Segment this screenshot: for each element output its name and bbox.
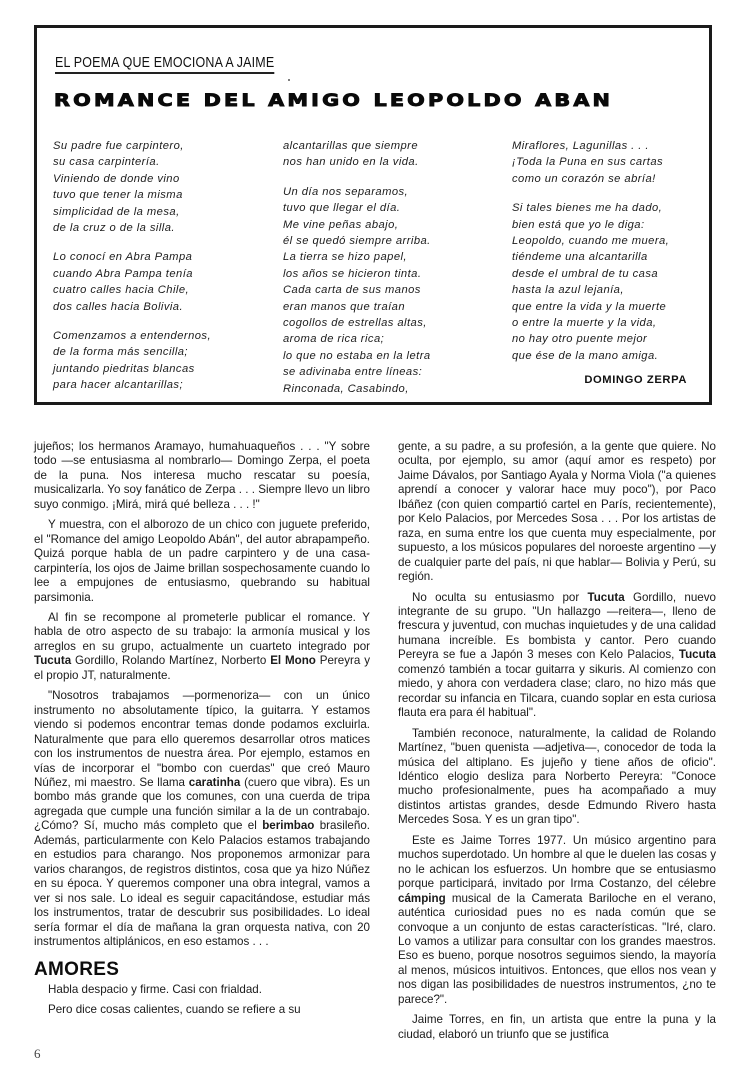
text-run: No oculta su entusiasmo por <box>412 591 588 604</box>
article-paragraph: No oculta su entusiasmo por Tucuta Gordi… <box>398 591 716 721</box>
text-run: "Nosotros trabajamos —pormenoriza— con u… <box>34 689 370 789</box>
poem-line: Comenzamos a entendernos, <box>53 328 268 344</box>
print-speck <box>288 79 290 81</box>
poem-line: los años se hicieron tinta. <box>283 266 498 282</box>
poem-line: para hacer alcantarillas; <box>53 377 268 393</box>
poem-line: que ése de la mano amiga. <box>512 348 727 364</box>
poem-line: su casa carpintería. <box>53 154 268 170</box>
text-run: musical de la Camerata Bariloche en el v… <box>398 892 716 1006</box>
poem-box: EL POEMA QUE EMOCIONA A JAIME ROMANCE DE… <box>34 25 712 405</box>
poem-line: Su padre fue carpintero, <box>53 138 268 154</box>
poem-line: alcantarillas que siempre <box>283 138 498 154</box>
left-column-paragraphs: jujeños; los hermanos Aramayo, humahuaqu… <box>34 440 370 949</box>
poem-stanza: Lo conocí en Abra Pampacuando Abra Pampa… <box>53 249 268 315</box>
article-paragraph: Jaime Torres, en fin, un artista que ent… <box>398 1013 716 1042</box>
poem-stanza: Miraflores, Lagunillas . . .¡Toda la Pun… <box>512 138 727 187</box>
poem-line: cuando Abra Pampa tenía <box>53 266 268 282</box>
poem-line: Miraflores, Lagunillas . . . <box>512 138 727 154</box>
poem-line: Cada carta de sus manos <box>283 282 498 298</box>
text-run: Al fin se recompone al prometerle public… <box>34 611 370 653</box>
poem-stanza: Si tales bienes me ha dado,bien está que… <box>512 200 727 364</box>
text-run: brasileño. Además, particularmente con K… <box>34 819 370 948</box>
bold-term: Tucuta <box>679 648 716 661</box>
poem-author: DOMINGO ZERPA <box>584 374 687 386</box>
poem-stanza: Su padre fue carpintero,su casa carpinte… <box>53 138 268 236</box>
poem-line: Viniendo de donde vino <box>53 171 268 187</box>
bold-term: Tucuta <box>34 654 71 667</box>
poem-line: Si tales bienes me ha dado, <box>512 200 727 216</box>
poem-line: juntando piedritas blancas <box>53 361 268 377</box>
poem-stanza: Un día nos separamos,tuvo que llegar el … <box>283 184 498 397</box>
text-run: Este es Jaime Torres 1977. Un músico arg… <box>398 834 716 890</box>
poem-line: dos calles hacia Bolivia. <box>53 299 268 315</box>
poem-line: como un corazón se abría! <box>512 171 727 187</box>
right-column-paragraphs: gente, a su padre, a su profesión, a la … <box>398 440 716 1042</box>
poem-line: que entre la vida y la muerte <box>512 299 727 315</box>
article-right-column: gente, a su padre, a su profesión, a la … <box>398 440 716 1048</box>
poem-column-2: alcantarillas que siemprenos han unido e… <box>283 138 498 410</box>
bold-term: El Mono <box>270 654 316 667</box>
poem-column-1: Su padre fue carpintero,su casa carpinte… <box>53 138 268 407</box>
article-paragraph: Pero dice cosas calientes, cuando se ref… <box>34 1003 370 1017</box>
text-run: Pero dice cosas calientes, cuando se ref… <box>48 1003 301 1016</box>
poem-line: lo que no estaba en la letra <box>283 348 498 364</box>
poem-line: de la cruz o de la silla. <box>53 220 268 236</box>
bold-term: caratinha <box>189 776 241 789</box>
poem-line: bien está que yo le diga: <box>512 217 727 233</box>
poem-line: Me vine peñas abajo, <box>283 217 498 233</box>
article-paragraph: "Nosotros trabajamos —pormenoriza— con u… <box>34 689 370 949</box>
poem-line: aroma de rica rica; <box>283 331 498 347</box>
text-run: Gordillo, Rolando Martínez, Norberto <box>71 654 270 667</box>
article-paragraph: gente, a su padre, a su profesión, a la … <box>398 440 716 585</box>
text-run: Habla despacio y firme. Casi con frialda… <box>48 983 262 996</box>
poem-title: ROMANCE DEL AMIGO LEOPOLDO ABAN <box>54 91 613 111</box>
article-paragraph: Y muestra, con el alborozo de un chico c… <box>34 518 370 605</box>
poem-line: Rinconada, Casabindo, <box>283 381 498 397</box>
poem-line: simplicidad de la mesa, <box>53 204 268 220</box>
poem-line: La tierra se hizo papel, <box>283 249 498 265</box>
poem-line: Un día nos separamos, <box>283 184 498 200</box>
poem-line: hasta la azul lejanía, <box>512 282 727 298</box>
text-run: gente, a su padre, a su profesión, a la … <box>398 440 716 583</box>
bold-term: berimbao <box>262 819 314 832</box>
section-heading-amores: AMORES <box>34 963 370 977</box>
poem-line: él se quedó siempre arriba. <box>283 233 498 249</box>
poem-line: nos han unido en la vida. <box>283 154 498 170</box>
article-paragraph: jujeños; los hermanos Aramayo, humahuaqu… <box>34 440 370 512</box>
text-run: jujeños; los hermanos Aramayo, humahuaqu… <box>34 440 370 511</box>
bold-term: cámping <box>398 892 446 905</box>
poem-line: Leopoldo, cuando me muera, <box>512 233 727 249</box>
poem-line: tuvo que tener la misma <box>53 187 268 203</box>
poem-line: de la forma más sencilla; <box>53 344 268 360</box>
article-paragraph: También reconoce, naturalmente, la calid… <box>398 727 716 828</box>
poem-line: tuvo que llegar el día. <box>283 200 498 216</box>
poem-stanza: alcantarillas que siemprenos han unido e… <box>283 138 498 171</box>
text-run: También reconoce, naturalmente, la calid… <box>398 727 716 827</box>
article-paragraph: Habla despacio y firme. Casi con frialda… <box>34 983 370 997</box>
poem-line: se adivinaba entre líneas: <box>283 364 498 380</box>
poem-line: cogollos de estrellas altas, <box>283 315 498 331</box>
poem-line: desde el umbral de tu casa <box>512 266 727 282</box>
poem-line: cuatro calles hacia Chile, <box>53 282 268 298</box>
article-left-column: jujeños; los hermanos Aramayo, humahuaqu… <box>34 440 370 1024</box>
article-paragraph: Este es Jaime Torres 1977. Un músico arg… <box>398 834 716 1007</box>
poem-kicker: EL POEMA QUE EMOCIONA A JAIME <box>55 55 274 74</box>
poem-stanza: Comenzamos a entendernos,de la forma más… <box>53 328 268 394</box>
poem-line: no hay otro puente mejor <box>512 331 727 347</box>
text-run: Y muestra, con el alborozo de un chico c… <box>34 518 370 603</box>
bold-term: Tucuta <box>588 591 625 604</box>
left-column-after-heading: Habla despacio y firme. Casi con frialda… <box>34 983 370 1018</box>
poem-column-3: Miraflores, Lagunillas . . .¡Toda la Pun… <box>512 138 727 377</box>
page-number: 6 <box>34 1046 41 1062</box>
article-paragraph: Al fin se recompone al prometerle public… <box>34 611 370 683</box>
poem-line: tiéndeme una alcantarilla <box>512 249 727 265</box>
poem-line: eran manos que traían <box>283 299 498 315</box>
text-run: comenzó también a tocar guitarra y sikur… <box>398 663 716 719</box>
poem-line: o entre la muerte y la vida, <box>512 315 727 331</box>
poem-line: ¡Toda la Puna en sus cartas <box>512 154 727 170</box>
text-run: Jaime Torres, en fin, un artista que ent… <box>398 1013 716 1040</box>
poem-line: Lo conocí en Abra Pampa <box>53 249 268 265</box>
